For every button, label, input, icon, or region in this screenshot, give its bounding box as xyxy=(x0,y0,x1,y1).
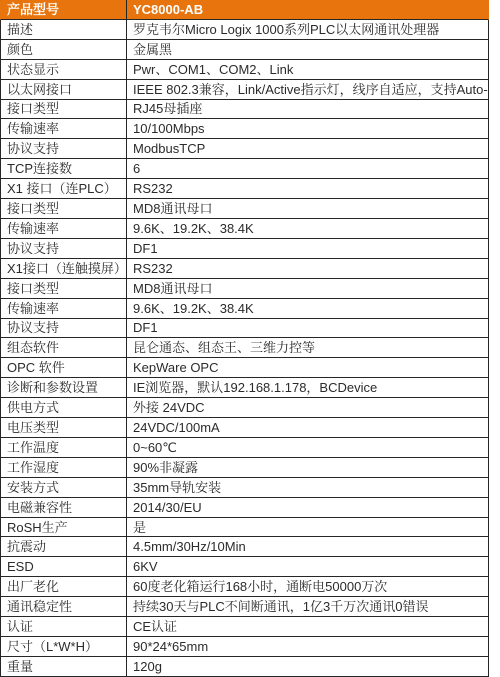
spec-label: X1接口（连触摸屏） xyxy=(1,259,127,278)
spec-value: 35mm导轨安装 xyxy=(127,478,488,497)
spec-value: 9.6K、19.2K、38.4K xyxy=(127,219,488,238)
spec-label: RoSH生产 xyxy=(1,518,127,537)
table-row: 接口类型 RJ45母插座 xyxy=(0,100,489,120)
spec-label: 接口类型 xyxy=(1,199,127,218)
table-row: 接口类型 MD8通讯母口 xyxy=(0,279,489,299)
spec-value: 持续30天与PLC不间断通讯，1亿3千万次通讯0错误 xyxy=(127,597,488,616)
spec-value: 90%非凝露 xyxy=(127,458,488,477)
spec-label: 重量 xyxy=(1,657,127,676)
spec-value: MD8通讯母口 xyxy=(127,199,488,218)
table-row: 尺寸（L*W*H） 90*24*65mm xyxy=(0,637,489,657)
spec-label: 接口类型 xyxy=(1,100,127,119)
table-row: 协议支持 ModbusTCP xyxy=(0,139,489,159)
spec-value: 罗克韦尔Micro Logix 1000系列PLC以太网通讯处理器 xyxy=(127,20,488,39)
spec-label: 传输速率 xyxy=(1,299,127,318)
spec-label: 认证 xyxy=(1,617,127,636)
spec-label: TCP连接数 xyxy=(1,159,127,178)
spec-label: 抗震动 xyxy=(1,537,127,556)
spec-value: RJ45母插座 xyxy=(127,100,488,119)
spec-value: RS232 xyxy=(127,259,488,278)
product-spec-table: 产品型号 YC8000-AB 描述 罗克韦尔Micro Logix 1000系列… xyxy=(0,0,489,677)
table-row: 供电方式 外接 24VDC xyxy=(0,398,489,418)
spec-value: CE认证 xyxy=(127,617,488,636)
spec-value: RS232 xyxy=(127,179,488,198)
table-row: 通讯稳定性 持续30天与PLC不间断通讯，1亿3千万次通讯0错误 xyxy=(0,597,489,617)
table-row: 协议支持 DF1 xyxy=(0,319,489,339)
spec-value: 10/100Mbps xyxy=(127,119,488,138)
table-row: X1接口（连触摸屏） RS232 xyxy=(0,259,489,279)
spec-value: 24VDC/100mA xyxy=(127,418,488,437)
spec-value: DF1 xyxy=(127,239,488,258)
table-row: 认证 CE认证 xyxy=(0,617,489,637)
spec-label: 接口类型 xyxy=(1,279,127,298)
table-row: 描述 罗克韦尔Micro Logix 1000系列PLC以太网通讯处理器 xyxy=(0,20,489,40)
table-row: OPC 软件 KepWare OPC xyxy=(0,358,489,378)
spec-value: 6KV xyxy=(127,557,488,576)
spec-label: 电磁兼容性 xyxy=(1,498,127,517)
spec-value: 90*24*65mm xyxy=(127,637,488,656)
spec-label: 传输速率 xyxy=(1,219,127,238)
spec-label: ESD xyxy=(1,557,127,576)
spec-label: 工作温度 xyxy=(1,438,127,457)
spec-label: 组态软件 xyxy=(1,338,127,357)
spec-label: 出厂老化 xyxy=(1,577,127,596)
header-value: YC8000-AB xyxy=(127,0,488,19)
table-row: 以太网接口 IEEE 802.3兼容，Link/Active指示灯，线序自适应，… xyxy=(0,80,489,100)
spec-label: 尺寸（L*W*H） xyxy=(1,637,127,656)
table-row: 电压类型 24VDC/100mA xyxy=(0,418,489,438)
table-row: 组态软件 昆仑通态、组态王、三维力控等 xyxy=(0,338,489,358)
spec-label: 颜色 xyxy=(1,40,127,59)
spec-value: 是 xyxy=(127,518,488,537)
spec-value: IE浏览器，默认192.168.1.178，BCDevice xyxy=(127,378,488,397)
spec-value: Pwr、COM1、COM2、Link xyxy=(127,60,488,79)
spec-label: 描述 xyxy=(1,20,127,39)
spec-label: 以太网接口 xyxy=(1,80,127,99)
spec-label: 诊断和参数设置 xyxy=(1,378,127,397)
table-row: TCP连接数 6 xyxy=(0,159,489,179)
spec-value: 2014/30/EU xyxy=(127,498,488,517)
spec-label: 协议支持 xyxy=(1,319,127,338)
table-row: 接口类型 MD8通讯母口 xyxy=(0,199,489,219)
spec-label: 供电方式 xyxy=(1,398,127,417)
table-row: 状态显示 Pwr、COM1、COM2、Link xyxy=(0,60,489,80)
table-header-row: 产品型号 YC8000-AB xyxy=(0,0,489,20)
table-row: X1 接口（连PLC） RS232 xyxy=(0,179,489,199)
table-row: 工作湿度 90%非凝露 xyxy=(0,458,489,478)
spec-value: 昆仑通态、组态王、三维力控等 xyxy=(127,338,488,357)
spec-label: 安装方式 xyxy=(1,478,127,497)
spec-value: 6 xyxy=(127,159,488,178)
spec-value: 金属黑 xyxy=(127,40,488,59)
table-row: 工作温度 0~60℃ xyxy=(0,438,489,458)
spec-label: 传输速率 xyxy=(1,119,127,138)
table-row: ESD 6KV xyxy=(0,557,489,577)
spec-label: 协议支持 xyxy=(1,139,127,158)
spec-label: X1 接口（连PLC） xyxy=(1,179,127,198)
spec-label: 工作湿度 xyxy=(1,458,127,477)
table-row: 重量 120g xyxy=(0,657,489,677)
spec-value: 0~60℃ xyxy=(127,438,488,457)
spec-label: 协议支持 xyxy=(1,239,127,258)
spec-value: 60度老化箱运行168小时，通断电50000万次 xyxy=(127,577,488,596)
spec-value: 9.6K、19.2K、38.4K xyxy=(127,299,488,318)
spec-label: 通讯稳定性 xyxy=(1,597,127,616)
table-row: 出厂老化 60度老化箱运行168小时，通断电50000万次 xyxy=(0,577,489,597)
spec-value: 4.5mm/30Hz/10Min xyxy=(127,537,488,556)
spec-label: OPC 软件 xyxy=(1,358,127,377)
spec-value: IEEE 802.3兼容，Link/Active指示灯，线序自适应，支持Auto… xyxy=(127,80,488,99)
table-row: 安装方式 35mm导轨安装 xyxy=(0,478,489,498)
table-row: 传输速率 10/100Mbps xyxy=(0,119,489,139)
spec-value: ModbusTCP xyxy=(127,139,488,158)
spec-label: 状态显示 xyxy=(1,60,127,79)
table-row: RoSH生产 是 xyxy=(0,518,489,538)
table-row: 诊断和参数设置 IE浏览器，默认192.168.1.178，BCDevice xyxy=(0,378,489,398)
table-row: 电磁兼容性 2014/30/EU xyxy=(0,498,489,518)
table-row: 传输速率 9.6K、19.2K、38.4K xyxy=(0,299,489,319)
spec-value: 外接 24VDC xyxy=(127,398,488,417)
table-row: 传输速率 9.6K、19.2K、38.4K xyxy=(0,219,489,239)
table-row: 颜色 金属黑 xyxy=(0,40,489,60)
table-row: 抗震动 4.5mm/30Hz/10Min xyxy=(0,537,489,557)
header-label: 产品型号 xyxy=(1,0,127,19)
spec-value: KepWare OPC xyxy=(127,358,488,377)
spec-value: MD8通讯母口 xyxy=(127,279,488,298)
spec-value: 120g xyxy=(127,657,488,676)
table-row: 协议支持 DF1 xyxy=(0,239,489,259)
spec-value: DF1 xyxy=(127,319,488,338)
spec-label: 电压类型 xyxy=(1,418,127,437)
